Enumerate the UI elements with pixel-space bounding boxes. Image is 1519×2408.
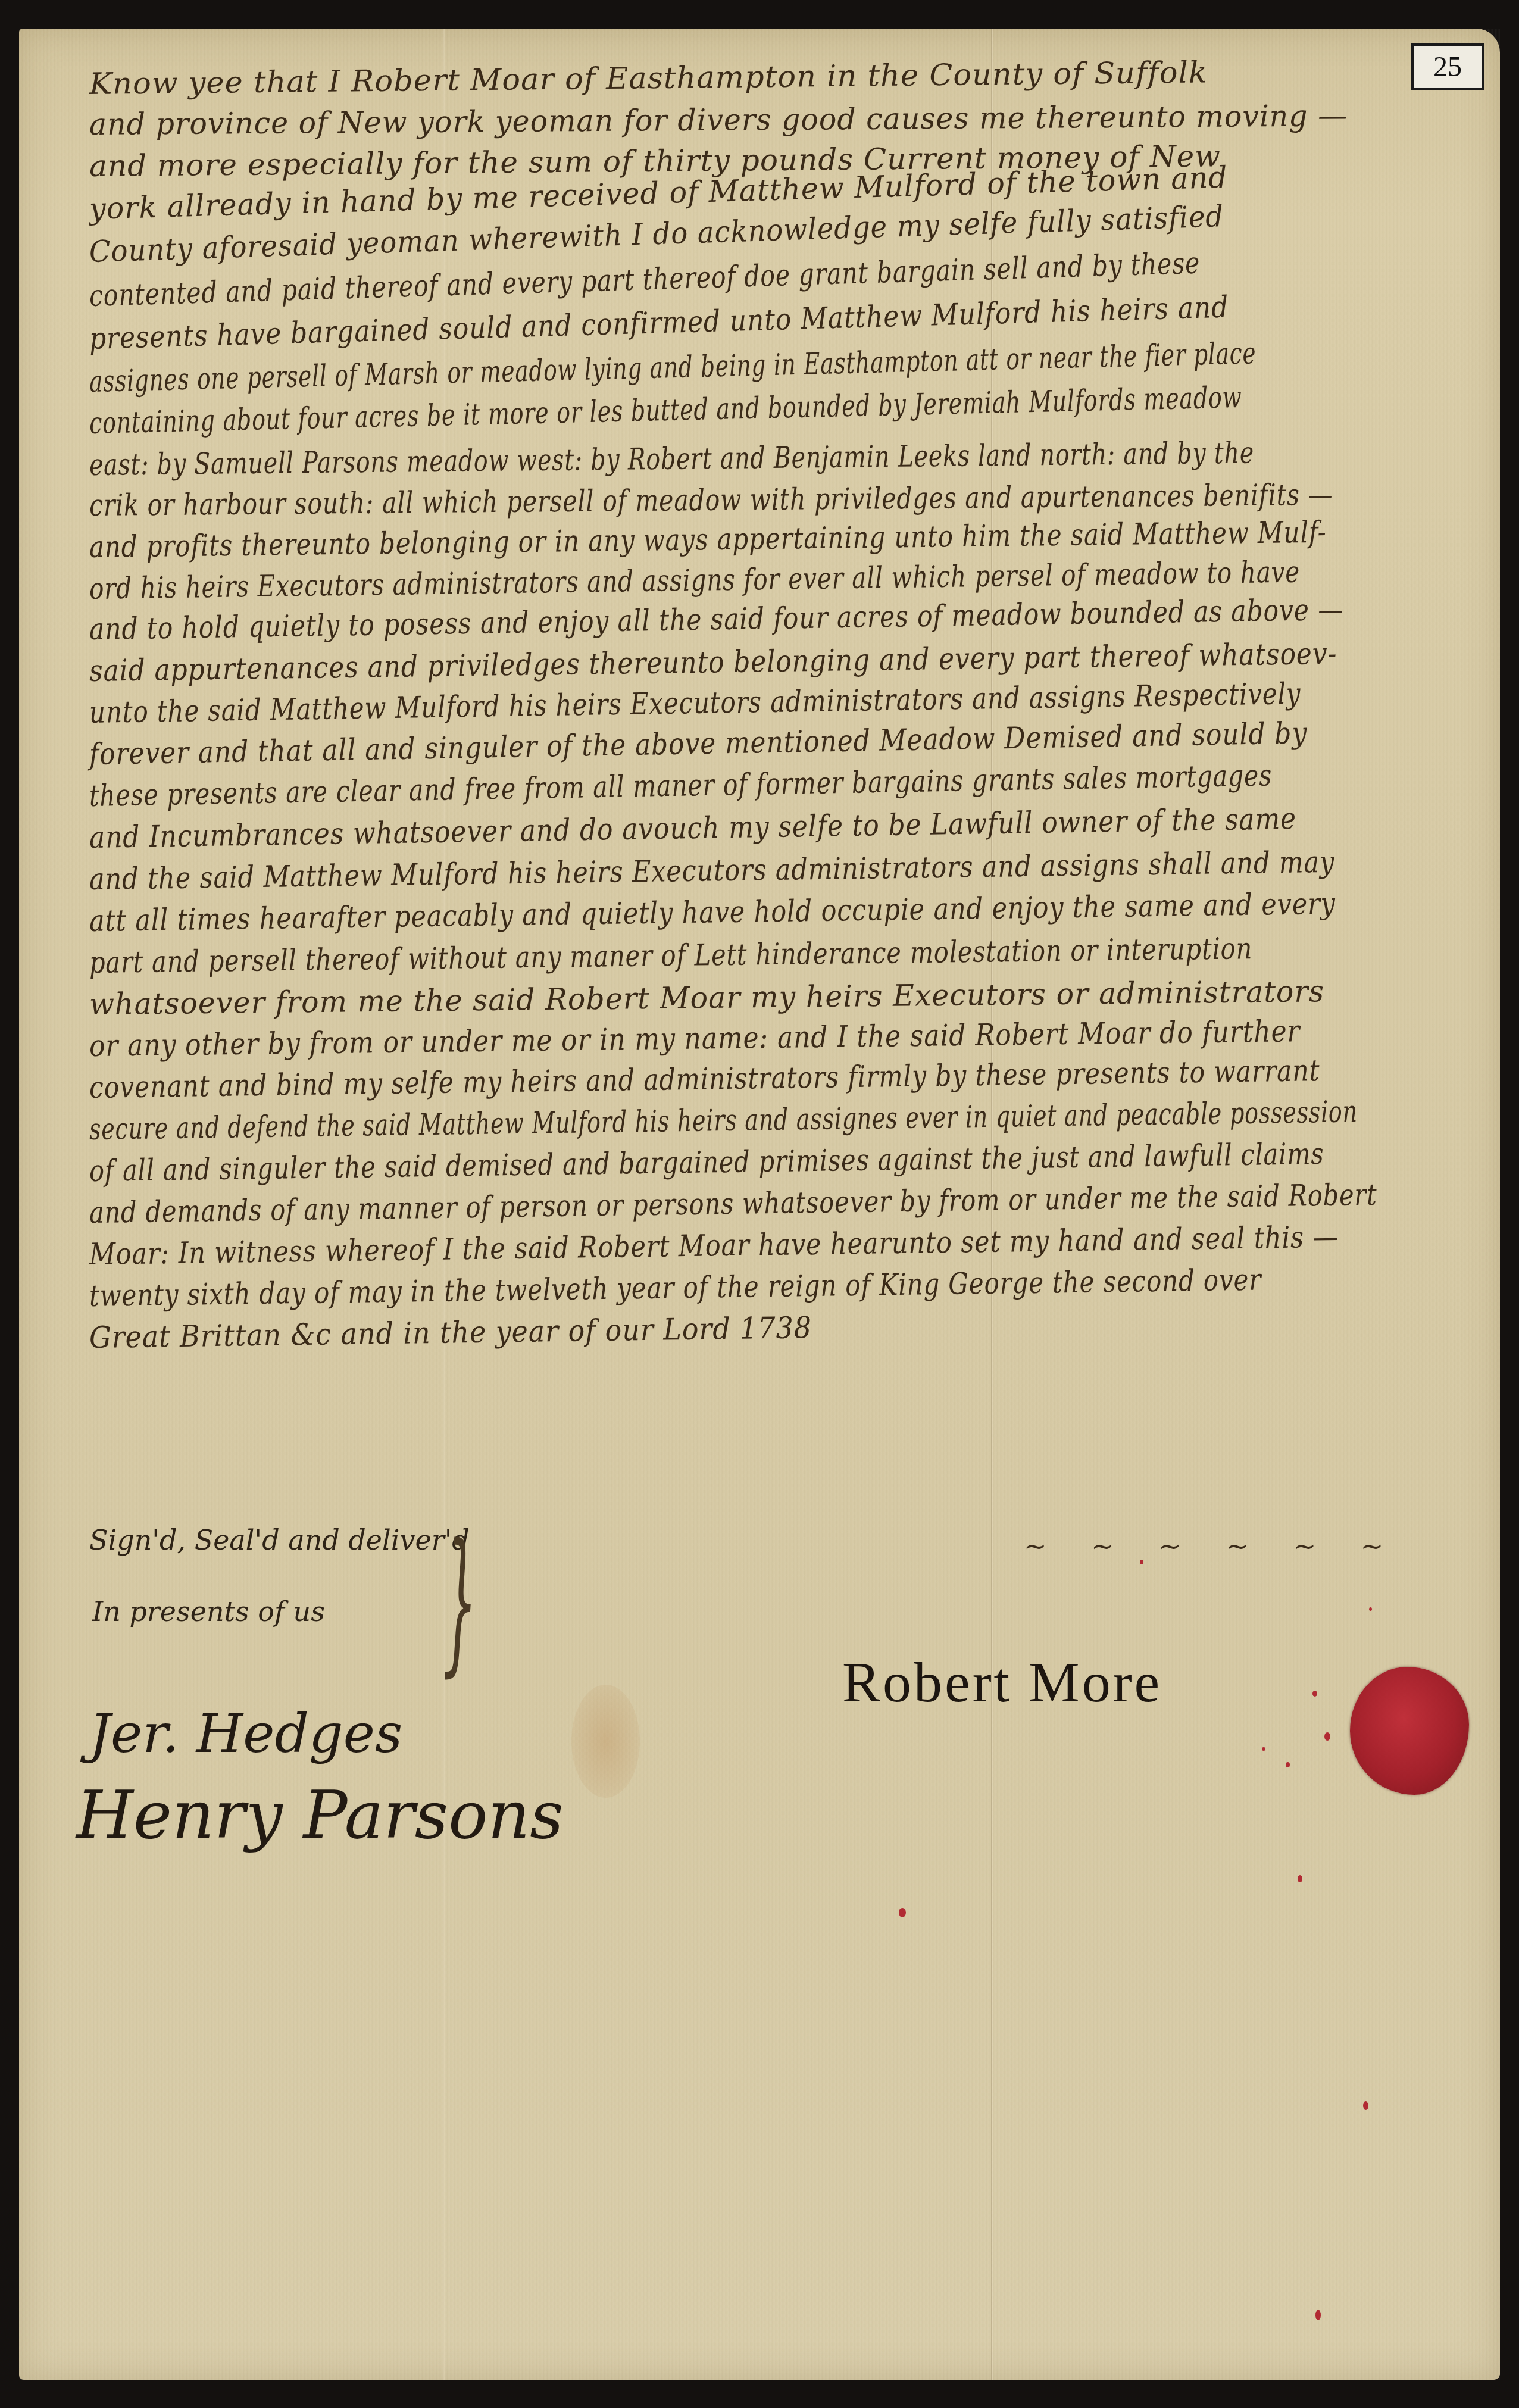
- paper-stain: [571, 1685, 640, 1798]
- wax-droplet: [1369, 1607, 1372, 1611]
- page-number-label: 25: [1411, 43, 1484, 90]
- wax-droplet: [1262, 1747, 1265, 1751]
- wax-droplet: [1298, 1875, 1302, 1882]
- page-number: 25: [1433, 51, 1462, 83]
- witness-signature-1: Jer. Hedges: [89, 1703, 402, 1765]
- wax-droplet: [1363, 2101, 1368, 2110]
- grantor-signature: Robert More: [842, 1649, 1162, 1715]
- witness-bracket: }: [443, 1524, 477, 1679]
- witness-signature-2: Henry Parsons: [76, 1777, 564, 1853]
- signed-sealed-delivered: Sign'd, Seal'd and deliver'd: [89, 1524, 470, 1556]
- wax-droplet: [1315, 2310, 1321, 2320]
- wax-droplet: [1286, 1762, 1290, 1767]
- line-filler-dashes: ~ ~ ~ ~ ~ ~: [1024, 1530, 1401, 1562]
- wax-droplet: [899, 1908, 906, 1917]
- wax-droplet: [1324, 1732, 1330, 1741]
- wax-droplet: [1312, 1691, 1317, 1697]
- wax-droplet: [1140, 1560, 1143, 1564]
- wax-seal-icon: [1350, 1667, 1469, 1795]
- in-presence-of: In presents of us: [92, 1595, 325, 1628]
